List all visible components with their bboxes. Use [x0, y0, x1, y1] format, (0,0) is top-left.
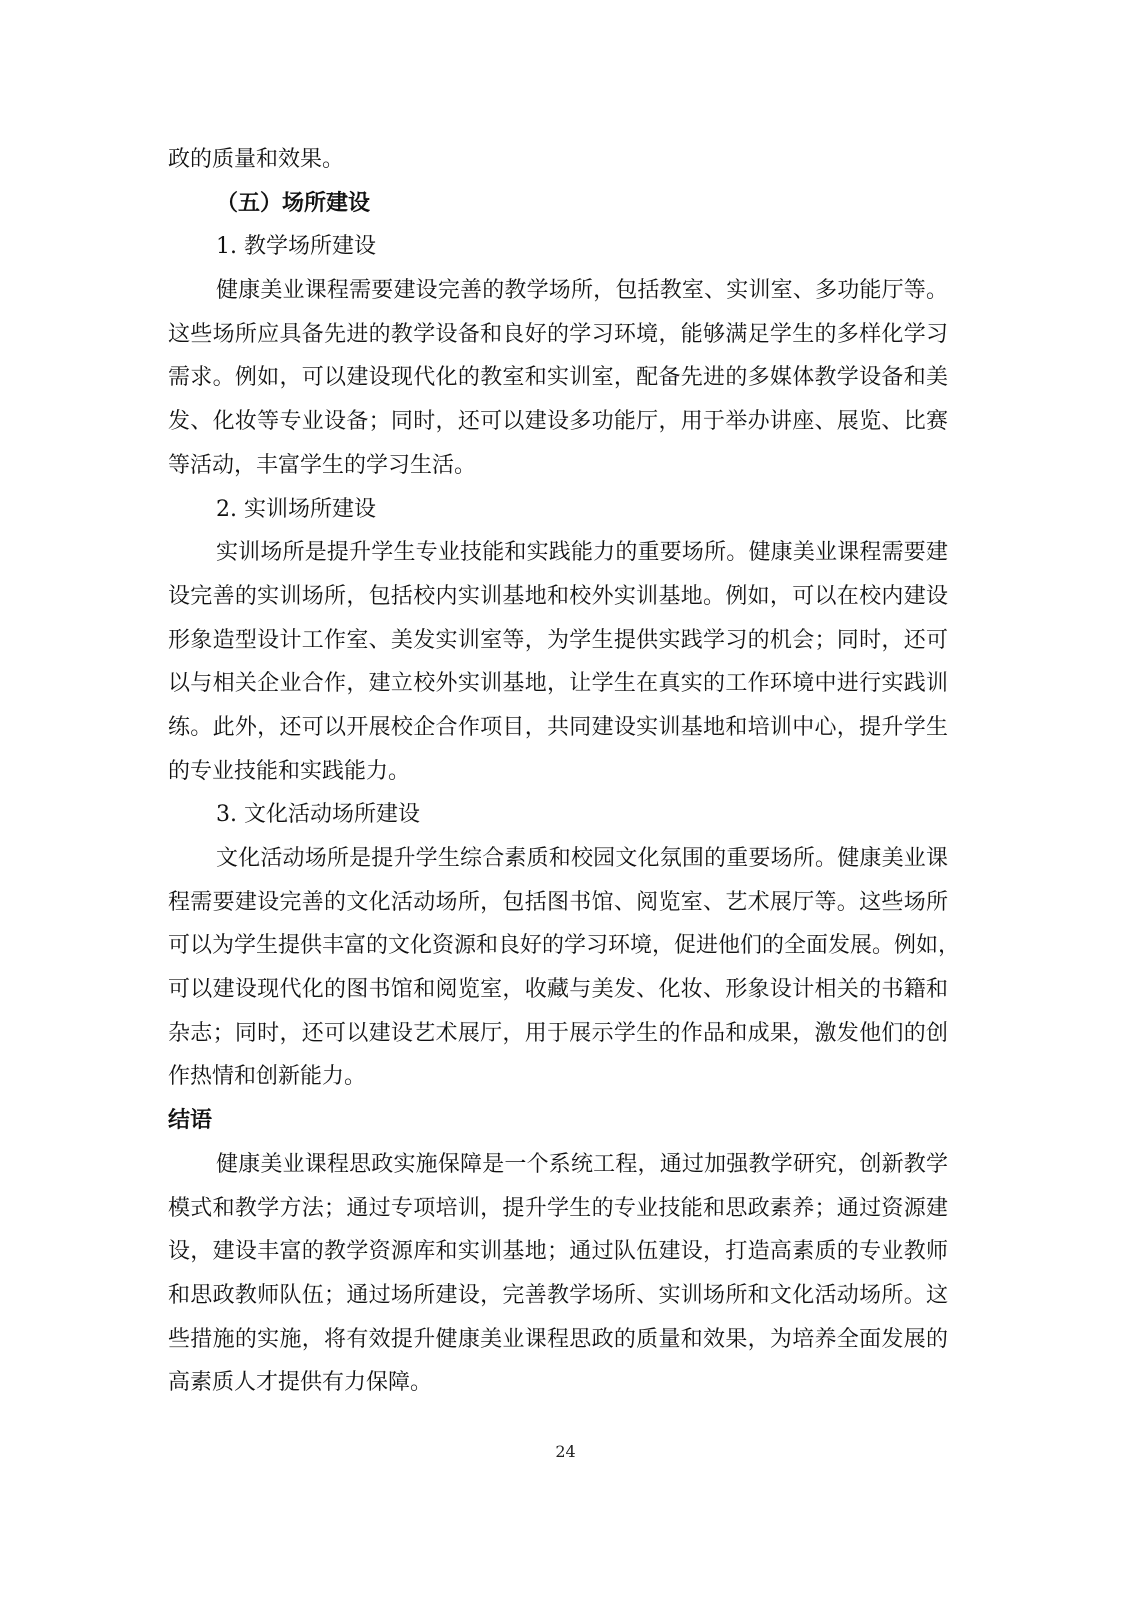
paragraph-line: 设，建设丰富的教学资源库和实训基地；通过队伍建设，打造高素质的专业教师: [168, 1230, 948, 1274]
paragraph-line: 设完善的实训场所，包括校内实训基地和校外实训基地。例如，可以在校内建设: [168, 575, 948, 619]
page-body: 政的质量和效果。（五）场所建设1. 教学场所建设健康美业课程需要建设完善的教学场…: [168, 138, 948, 1405]
paragraph-line: 实训场所是提升学生专业技能和实践能力的重要场所。健康美业课程需要建: [168, 531, 948, 575]
paragraph-line: 高素质人才提供有力保障。: [168, 1361, 948, 1405]
paragraph-line: 发、化妆等专业设备；同时，还可以建设多功能厅，用于举办讲座、展览、比赛: [168, 400, 948, 444]
centered-heading: 结语: [168, 1099, 948, 1143]
paragraph-line: 需求。例如，可以建设现代化的教室和实训室，配备先进的多媒体教学设备和美: [168, 356, 948, 400]
document-page: 政的质量和效果。（五）场所建设1. 教学场所建设健康美业课程需要建设完善的教学场…: [0, 0, 1131, 1600]
subheading: 1. 教学场所建设: [168, 225, 948, 269]
section-heading: （五）场所建设: [168, 182, 948, 226]
paragraph-line: 这些场所应具备先进的教学设备和良好的学习环境，能够满足学生的多样化学习: [168, 313, 948, 357]
paragraph-line: 和思政教师队伍；通过场所建设，完善教学场所、实训场所和文化活动场所。这: [168, 1274, 948, 1318]
paragraph-line: 健康美业课程思政实施保障是一个系统工程，通过加强教学研究，创新教学: [168, 1143, 948, 1187]
paragraph-line: 些措施的实施，将有效提升健康美业课程思政的质量和效果，为培养全面发展的: [168, 1318, 948, 1362]
paragraph-line: 程需要建设完善的文化活动场所，包括图书馆、阅览室、艺术展厅等。这些场所: [168, 881, 948, 925]
paragraph-line: 可以为学生提供丰富的文化资源和良好的学习环境，促进他们的全面发展。例如，: [168, 924, 948, 968]
paragraph-line: 可以建设现代化的图书馆和阅览室，收藏与美发、化妆、形象设计相关的书籍和: [168, 968, 948, 1012]
subheading: 2. 实训场所建设: [168, 488, 948, 532]
paragraph-line: 政的质量和效果。: [168, 138, 948, 182]
paragraph-line: 健康美业课程需要建设完善的教学场所，包括教室、实训室、多功能厅等。: [168, 269, 948, 313]
paragraph-line: 杂志；同时，还可以建设艺术展厅，用于展示学生的作品和成果，激发他们的创: [168, 1012, 948, 1056]
paragraph-line: 练。此外，还可以开展校企合作项目，共同建设实训基地和培训中心，提升学生: [168, 706, 948, 750]
paragraph-line: 文化活动场所是提升学生综合素质和校园文化氛围的重要场所。健康美业课: [168, 837, 948, 881]
paragraph-line: 的专业技能和实践能力。: [168, 750, 948, 794]
page-number: 24: [0, 1442, 1131, 1461]
paragraph-line: 以与相关企业合作，建立校外实训基地，让学生在真实的工作环境中进行实践训: [168, 662, 948, 706]
paragraph-line: 作热情和创新能力。: [168, 1055, 948, 1099]
paragraph-line: 模式和教学方法；通过专项培训，提升学生的专业技能和思政素养；通过资源建: [168, 1187, 948, 1231]
paragraph-line: 形象造型设计工作室、美发实训室等，为学生提供实践学习的机会；同时，还可: [168, 619, 948, 663]
subheading: 3. 文化活动场所建设: [168, 793, 948, 837]
paragraph-line: 等活动，丰富学生的学习生活。: [168, 444, 948, 488]
